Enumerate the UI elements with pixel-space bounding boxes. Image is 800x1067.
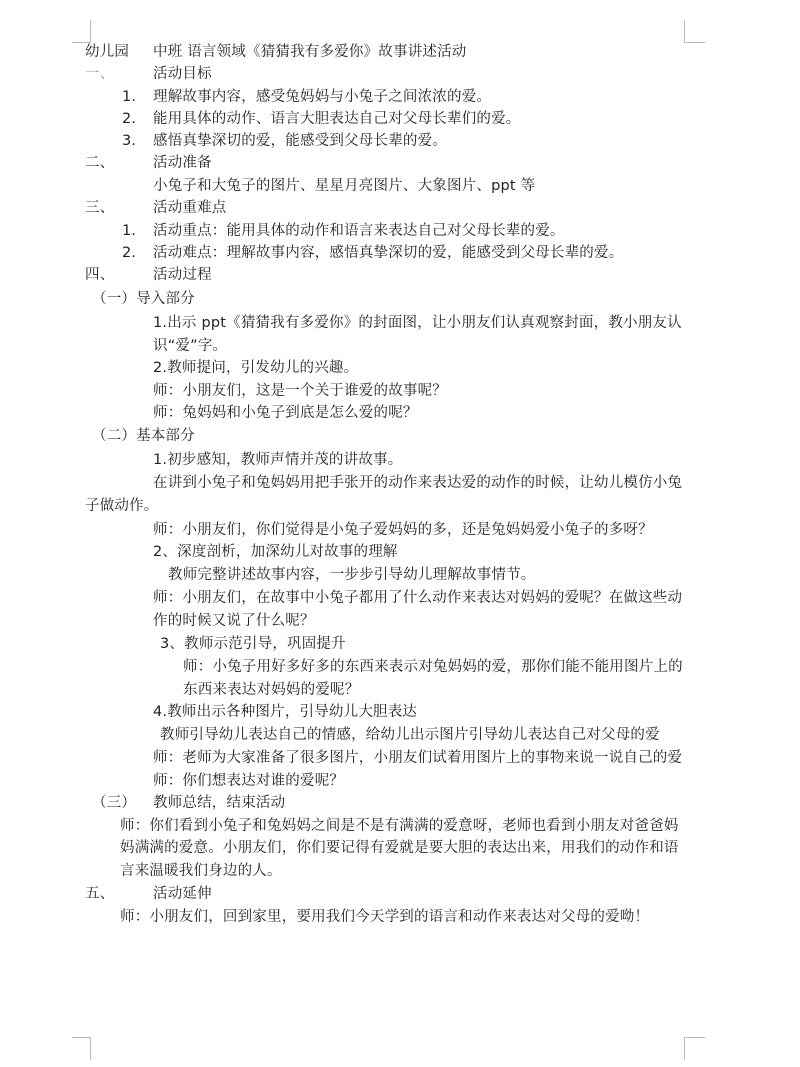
paragraph-line: 作的时候又说了什么呢？ [153,611,315,631]
section-3-heading: 活动重难点 [153,198,227,218]
paragraph-line: 东西来表达对妈妈的爱呢？ [183,680,359,700]
list-number: 1. [122,87,136,107]
paragraph-line: 2、深度剖析，加深幼儿对故事的理解 [153,542,398,562]
doc-title-prefix: 幼儿园 [85,42,129,62]
paragraph-line: 言来温暖我们身边的人。 [120,861,282,881]
section-4-heading: 活动过程 [153,265,212,285]
section-3-number: 三、 [85,198,114,218]
list-item: 感悟真挚深切的爱，能感受到父母长辈的爱。 [153,131,447,151]
paragraph-line: 师：你们想表达对谁的爱呢？ [153,771,344,791]
section-5-heading: 活动延伸 [153,884,212,904]
list-number: 2. [122,243,136,263]
paragraph-line: 师：小朋友们，这是一个关于谁爱的故事呢？ [153,381,447,401]
part-3-heading: （三） [92,793,136,813]
list-number: 2. [122,109,136,129]
list-number: 1. [122,221,136,241]
page-corner-top-right [684,20,705,43]
part-2-heading: （二）基本部分 [92,426,195,446]
list-item: 理解故事内容，感受兔妈妈与小兔子之间浓浓的爱。 [153,87,491,107]
paragraph-line: 师：老师为大家准备了很多图片，小朋友们试着用图片上的事物来说一说自己的爱 [153,748,682,768]
page-corner-bottom-left [72,1037,91,1060]
page-corner-top-left [72,20,91,43]
paragraph-line: 识“爱”字。 [153,336,227,356]
section-2-body: 小兔子和大兔子的图片、星星月亮图片、大象图片、ppt 等 [153,176,535,196]
paragraph-line: 师：小兔子用好多好多的东西来表示对兔妈妈的爱，那你们能不能用图片上的 [183,657,683,677]
paragraph-line: 1.初步感知，教师声情并茂的讲故事。 [153,450,402,470]
part-3-heading-text: 教师总结，结束活动 [153,793,285,813]
list-number: 3. [122,131,136,151]
paragraph-line: 教师引导幼儿表达自己的情感，给幼儿出示图片引导幼儿表达自己对父母的爱 [160,725,660,745]
section-5-body: 师：小朋友们，回到家里，要用我们今天学到的语言和动作来表达对父母的爱呦！ [120,907,649,927]
paragraph-line: 教师完整讲述故事内容，一步步引导幼儿理解故事情节。 [168,565,536,585]
doc-title: 中班 语言领域《猜猜我有多爱你》故事讲述活动 [153,42,467,62]
section-5-number: 五、 [85,884,114,904]
paragraph-line: 子做动作。 [85,496,159,516]
section-4-number: 四、 [85,265,114,285]
list-item: 能用具体的动作、语言大胆表达自己对父母长辈们的爱。 [153,109,521,129]
list-item: 活动重点：能用具体的动作和语言来表达自己对父母长辈的爱。 [153,221,565,241]
paragraph-line: 师：小朋友们，在故事中小兔子都用了什么动作来表达对妈妈的爱呢？在做这些动 [153,588,682,608]
paragraph-line: 1.出示 ppt《猜猜我有多爱你》的封面图，让小朋友们认真观察封面，教小朋友认 [153,313,682,333]
paragraph-line: 2.教师提问，引发幼儿的兴趣。 [153,358,358,378]
paragraph-line: 师：你们看到小兔子和兔妈妈之间是不是有满满的爱意呀，老师也看到小朋友对爸爸妈 [120,816,679,836]
paragraph-line: 3、教师示范引导，巩固提升 [160,634,346,654]
section-1-number: 一、 [85,64,114,84]
section-2-number: 二、 [85,153,114,173]
page-corner-bottom-right [684,1037,705,1060]
paragraph-line: 妈满满的爱意。小朋友们，你们要记得有爱就是要大胆的表达出来，用我们的动作和语 [120,838,679,858]
paragraph-line: 4.教师出示各种图片，引导幼儿大胆表达 [153,702,417,722]
paragraph-line: 师：小朋友们，你们觉得是小兔子爱妈妈的多，还是兔妈妈爱小兔子的多呀？ [153,520,653,540]
list-item: 活动难点：理解故事内容，感悟真挚深切的爱，能感受到父母长辈的爱。 [153,243,623,263]
part-1-heading: （一）导入部分 [92,289,195,309]
paragraph-line: 在讲到小兔子和兔妈妈用把手张开的动作来表达爱的动作的时候，让幼儿模仿小兔 [153,473,682,493]
section-1-heading: 活动目标 [153,64,212,84]
paragraph-line: 师：兔妈妈和小兔子到底是怎么爱的呢？ [153,403,418,423]
section-2-heading: 活动准备 [153,153,212,173]
